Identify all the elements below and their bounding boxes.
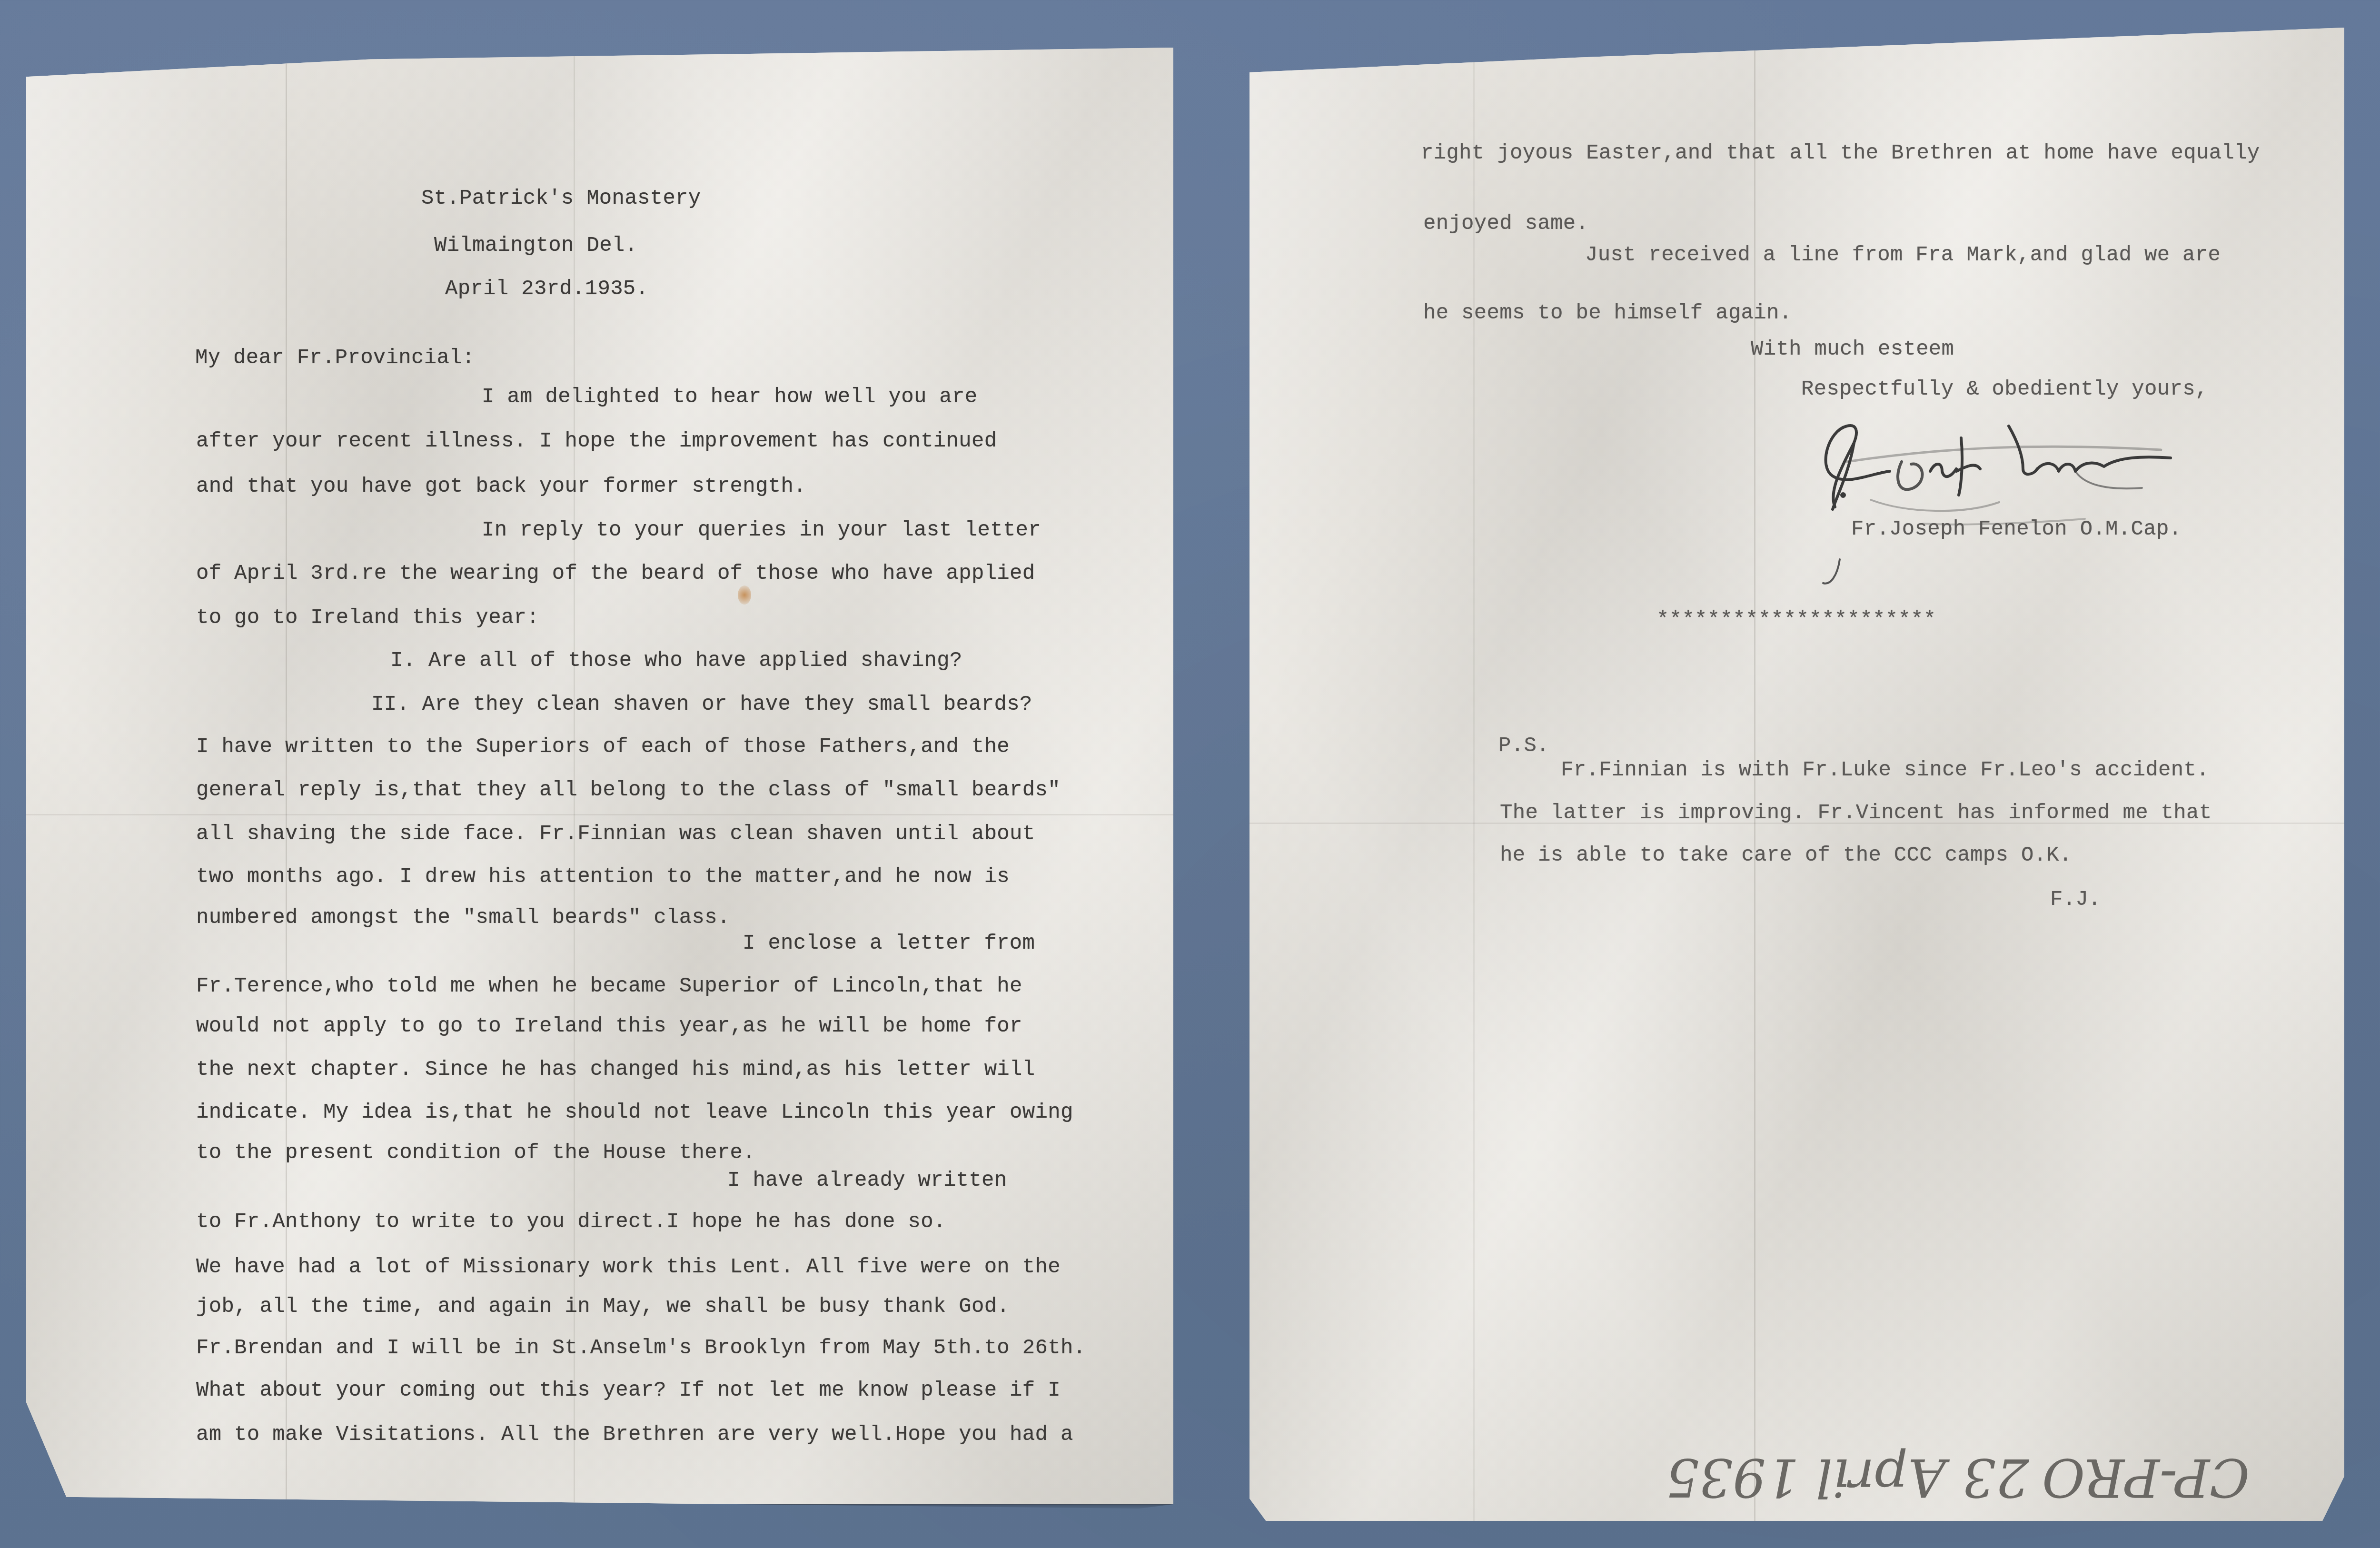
ps-initials: F.J. (2050, 889, 2101, 910)
closing-valediction: Respectfully & obediently yours, (1801, 379, 2208, 400)
fold-crease (574, 48, 575, 1504)
body-line: What about your coming out this year? If… (196, 1380, 1061, 1401)
body-line: We have had a lot of Missionary work thi… (196, 1257, 1061, 1278)
body-line: am to make Visitations. All the Brethren… (196, 1424, 1073, 1445)
separator-asterisks: ********************** (1656, 609, 1936, 630)
body-line: after your recent illness. I hope the im… (196, 431, 997, 452)
body-line: I am delighted to hear how well you are (482, 387, 977, 407)
letter-page-1 (26, 48, 1173, 1504)
fold-crease (1473, 28, 1475, 1521)
pencil-annotation-date: 23 April 1935 (1666, 1447, 2029, 1508)
body-line: to go to Ireland this year: (196, 607, 539, 628)
fold-crease (286, 48, 287, 1504)
address-line-1: St.Patrick's Monastery (421, 188, 701, 209)
body-line: general reply is,that they all belong to… (196, 780, 1061, 801)
body-line: to Fr.Anthony to write to you direct.I h… (196, 1211, 946, 1232)
pencil-annotation-ref: CP-PRO (2042, 1447, 2250, 1508)
closing-esteem: With much esteem (1751, 339, 1954, 360)
body-line: enjoyed same. (1423, 213, 1588, 234)
ps-line: Fr.Finnian is with Fr.Luke since Fr.Leo'… (1561, 760, 2209, 781)
body-line: the next chapter. Since he has changed h… (196, 1059, 1035, 1080)
pencil-check-mark (1818, 557, 1856, 595)
body-line: right joyous Easter,and that all the Bre… (1421, 143, 2260, 164)
query-item-1: I. Are all of those who have applied sha… (390, 650, 962, 671)
body-line: would not apply to go to Ireland this ye… (196, 1016, 1022, 1037)
body-line: two months ago. I drew his attention to … (196, 866, 1010, 887)
body-line: I have already written (727, 1170, 1007, 1191)
body-line: Fr.Terence,who told me when he became Su… (196, 976, 1022, 997)
typed-signatory-name: Fr.Joseph Fenelon O.M.Cap. (1851, 519, 2182, 540)
body-line: In reply to your queries in your last le… (482, 520, 1041, 541)
body-line: Fr.Brendan and I will be in St.Anselm's … (196, 1338, 1086, 1359)
body-line: to the present condition of the House th… (196, 1142, 755, 1163)
fold-crease (26, 814, 1173, 815)
rust-stain (738, 585, 751, 605)
body-line: job, all the time, and again in May, we … (196, 1296, 1010, 1317)
ps-label: P.S. (1498, 735, 1549, 756)
body-line: Just received a line from Fra Mark,and g… (1585, 245, 2221, 266)
body-line: and that you have got back your former s… (196, 476, 806, 497)
letter-date: April 23rd.1935. (445, 278, 648, 299)
body-line: indicate. My idea is,that he should not … (196, 1102, 1073, 1123)
ps-line: he is able to take care of the CCC camps… (1500, 845, 2072, 866)
body-line: all shaving the side face. Fr.Finnian wa… (196, 824, 1035, 844)
body-line: I have written to the Superiors of each … (196, 736, 1010, 757)
body-line: I enclose a letter from (743, 933, 1035, 954)
body-line: numbered amongst the "small beards" clas… (196, 907, 730, 928)
body-line: of April 3rd.re the wearing of the beard… (196, 563, 1035, 584)
ps-line: The latter is improving. Fr.Vincent has … (1500, 803, 2211, 824)
address-line-2: Wilmaington Del. (434, 235, 637, 256)
handwritten-signature (1799, 405, 2251, 528)
body-line: he seems to be himself again. (1423, 303, 1792, 324)
query-item-2: II. Are they clean shaven or have they s… (371, 694, 1032, 715)
salutation: My dear Fr.Provincial: (195, 347, 475, 368)
